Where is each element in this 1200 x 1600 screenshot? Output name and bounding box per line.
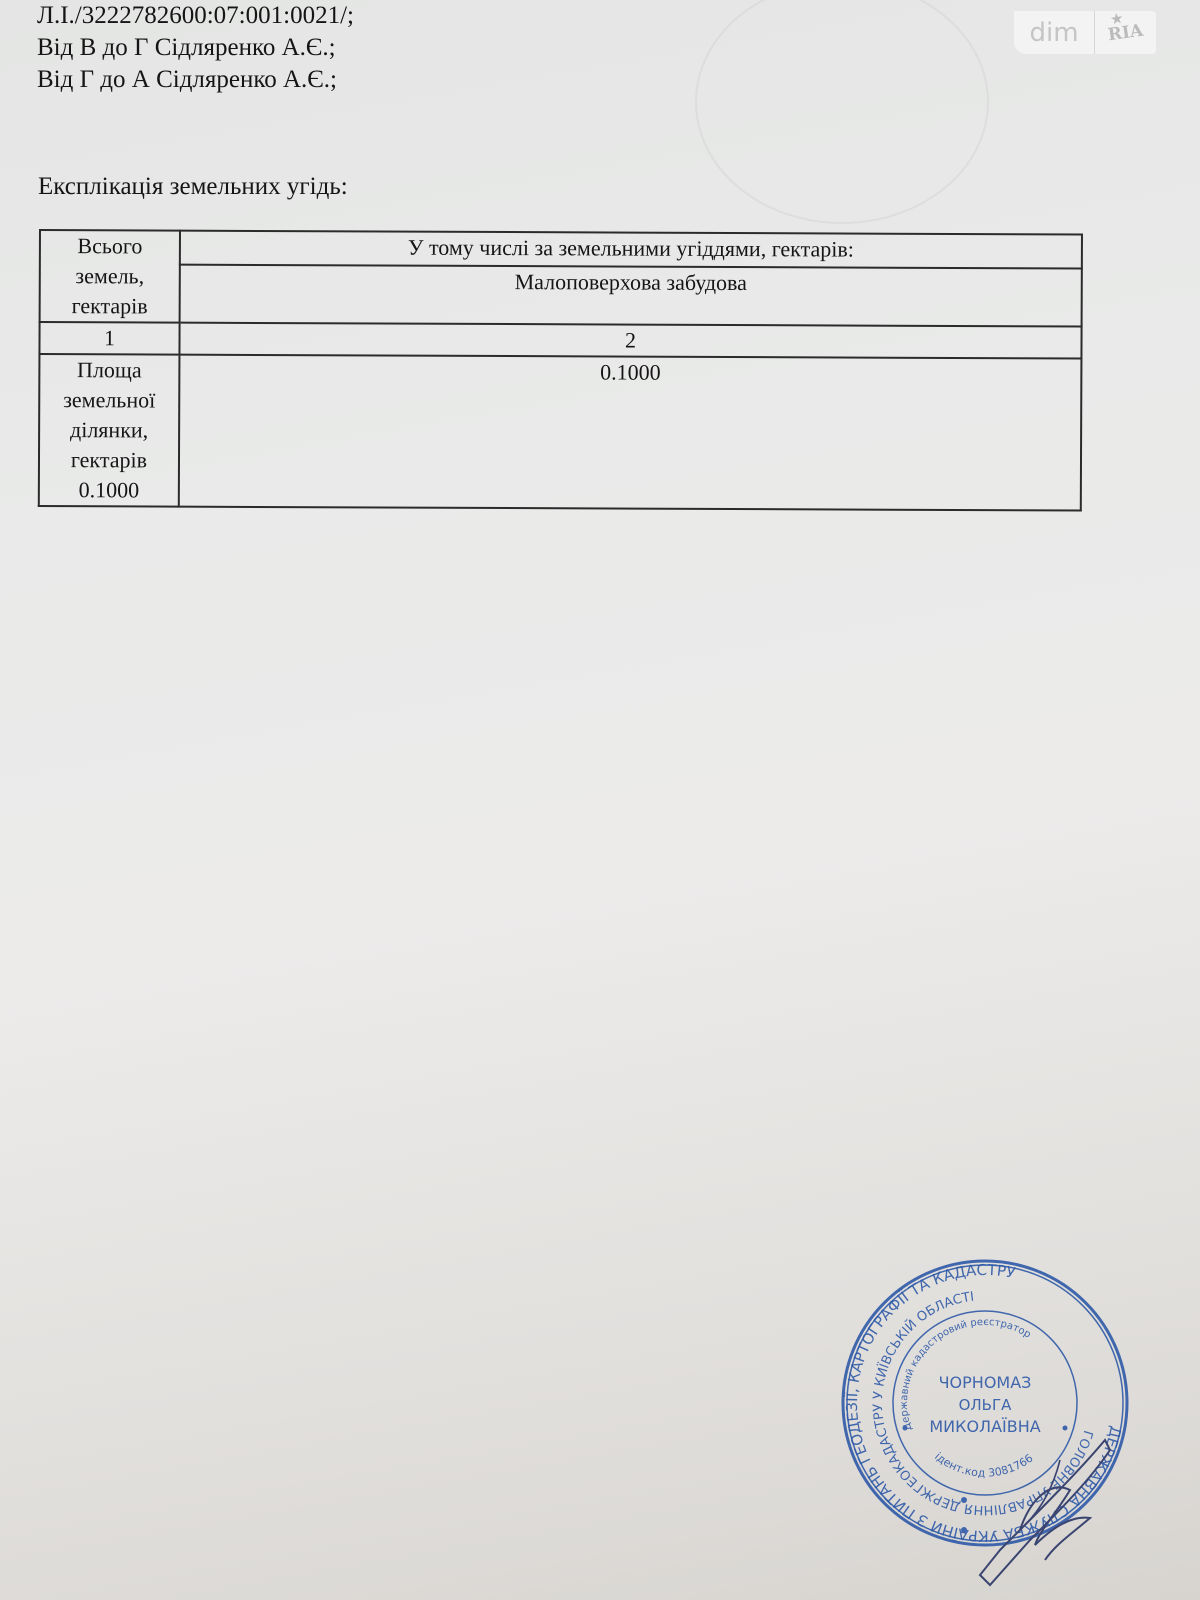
column-number-1: 1 [39, 322, 179, 355]
header-lines: Л.І./3222782600:07:001:0021/; Від В до Г… [37, 0, 354, 96]
boundary-line-b-g: Від В до Г Сідляренко А.Є.; [37, 32, 354, 64]
table-row: Площа земельної ділянки, гектарів 0.1000… [39, 354, 1082, 511]
table-header-row: Всього земель, гектарів У тому числі за … [40, 230, 1082, 269]
area-label-cell: Площа земельної ділянки, гектарів 0.1000 [39, 354, 180, 507]
faint-stamp-bleedthrough [695, 0, 989, 224]
group-header: У тому числі за земельними угіддями, гек… [180, 231, 1082, 269]
land-explication-table: Всього земель, гектарів У тому числі за … [38, 229, 1083, 512]
land-type-header: Малоповерхова забудова [180, 265, 1082, 327]
stamp-name-line-1: ЧОРНОМАЗ [939, 1373, 1032, 1392]
cadastral-line: Л.І./3222782600:07:001:0021/; [37, 0, 354, 32]
watermark-partner: ★ RIA [1094, 18, 1157, 46]
area-value-cell: 0.1000 [179, 355, 1082, 511]
table-subheader-row: Малоповерхова забудова [40, 264, 1082, 327]
boundary-line-g-a: Від Г до А Сідляренко А.Є.; [37, 64, 354, 96]
signature [960, 1420, 1140, 1590]
star-icon: ★ [1110, 11, 1124, 27]
watermark-brand: dim [1014, 18, 1094, 48]
dimria-watermark: dim ★ RIA [1014, 11, 1156, 54]
section-title: Експлікація земельних угідь: [38, 173, 348, 201]
stamp-name-line-2: ОЛЬГА [959, 1396, 1013, 1414]
column-number-2: 2 [179, 323, 1081, 359]
column-number-row: 1 2 [39, 322, 1081, 359]
total-land-header: Всього земель, гектарів [40, 230, 180, 323]
